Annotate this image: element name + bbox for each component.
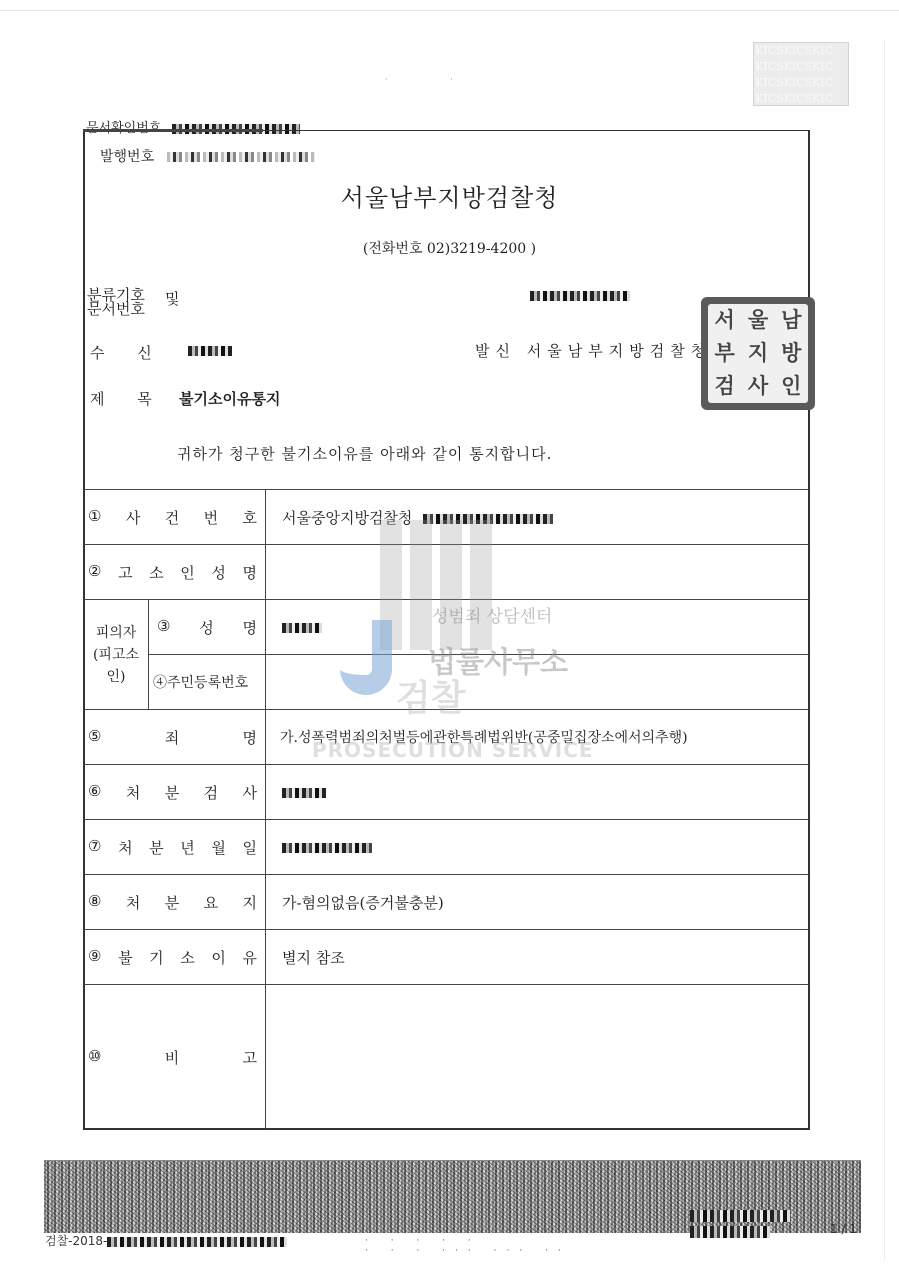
row-value bbox=[266, 985, 810, 1130]
row-value bbox=[266, 600, 810, 655]
row-label: ⑨불기소이유 bbox=[84, 930, 266, 985]
office-phone: (전화번호 02)3219-4200 ) bbox=[0, 238, 899, 258]
suspect-group-label: 피의자 (피고소인) bbox=[84, 600, 149, 710]
subject-value: 불기소이유통지 bbox=[179, 388, 280, 409]
table-row: ⑧처분요지 가-혐의없음(증거불충분) bbox=[84, 875, 809, 930]
row-label: ⑧처분요지 bbox=[84, 875, 266, 930]
footer-document-code: 검찰-2018- bbox=[45, 1232, 287, 1249]
classification-and: 및 bbox=[165, 288, 180, 309]
frame-top-accent bbox=[83, 129, 263, 132]
row-label: ②고소인성명 bbox=[84, 545, 266, 600]
recipient-value-redacted bbox=[188, 346, 232, 356]
subject-label: 제 목 bbox=[90, 388, 166, 409]
classification-label: 분류기호 문서번호 bbox=[87, 288, 145, 316]
page-top-edge bbox=[0, 10, 899, 11]
row-value: 서울중앙지방검찰청 bbox=[266, 490, 810, 545]
recipient-label: 수 신 bbox=[90, 342, 166, 363]
footer-code-redacted bbox=[107, 1237, 287, 1247]
table-row: ②고소인성명 bbox=[84, 545, 809, 600]
case-number-redacted bbox=[423, 514, 553, 524]
official-seal: 서울남 부지방 검사인 bbox=[701, 297, 815, 410]
footer-barcode-redacted bbox=[690, 1210, 800, 1238]
issue-label: 발행번호 bbox=[100, 149, 154, 165]
notice-table: ①사건번호 서울중앙지방검찰청 ②고소인성명 피의자 (피고소인) ③성명 ④주… bbox=[84, 489, 809, 1129]
table-row: ⑨불기소이유 별지 참조 bbox=[84, 930, 809, 985]
row-value: 가-혐의없음(증거불충분) bbox=[266, 875, 810, 930]
issue-number: 발행번호 bbox=[100, 146, 315, 166]
row-value: 가.성폭력범죄의처벌등에관한특례법위반(공중밀집장소에서의추행) bbox=[266, 710, 810, 765]
row-label: ③성명 bbox=[149, 600, 266, 655]
table-row: ①사건번호 서울중앙지방검찰청 bbox=[84, 490, 809, 545]
row-value bbox=[266, 820, 810, 875]
kics-security-stamp: KICSKICSKIC KICSKICSKIC KICSKICSKIC KICS… bbox=[753, 42, 849, 106]
table-row: ⑦처분년월일 bbox=[84, 820, 809, 875]
page-right-edge bbox=[884, 40, 885, 1260]
prosecutor-redacted bbox=[282, 788, 326, 798]
table-row: ④주민등록번호 bbox=[84, 655, 809, 710]
row-label: ⑤죄명 bbox=[84, 710, 266, 765]
row-label: ⑦처분년월일 bbox=[84, 820, 266, 875]
row-label: ①사건번호 bbox=[84, 490, 266, 545]
intro-text: 귀하가 청구한 불기소이유를 아래와 같이 통지합니다. bbox=[177, 443, 552, 464]
row-value: 별지 참조 bbox=[266, 930, 810, 985]
row-label: ④주민등록번호 bbox=[149, 655, 266, 710]
table-row: ⑥처분검사 bbox=[84, 765, 809, 820]
row-value bbox=[266, 545, 810, 600]
row-label: ⑩비고 bbox=[84, 985, 266, 1130]
table-row: ⑩비고 bbox=[84, 985, 809, 1130]
office-title: 서울남부지방검찰청 bbox=[0, 178, 899, 213]
table-row: 피의자 (피고소인) ③성명 bbox=[84, 600, 809, 655]
table-row: ⑤죄명 가.성폭력범죄의처벌등에관한특례법위반(공중밀집장소에서의추행) bbox=[84, 710, 809, 765]
page-number: 1 / 1 bbox=[830, 1222, 857, 1236]
classification-value-redacted bbox=[530, 291, 630, 301]
issue-value-redacted bbox=[167, 152, 315, 162]
sender-label: 발신 bbox=[475, 342, 516, 360]
suspect-name-redacted bbox=[282, 623, 322, 633]
row-label: ⑥처분검사 bbox=[84, 765, 266, 820]
row-value bbox=[266, 765, 810, 820]
footer-dot-code: · · · · ·· · ·· · · · · · · · · ··· ··· … bbox=[365, 1226, 571, 1256]
disposition-date-redacted bbox=[282, 843, 372, 853]
row-value bbox=[266, 655, 810, 710]
scan-artifact: · · bbox=[385, 75, 483, 84]
